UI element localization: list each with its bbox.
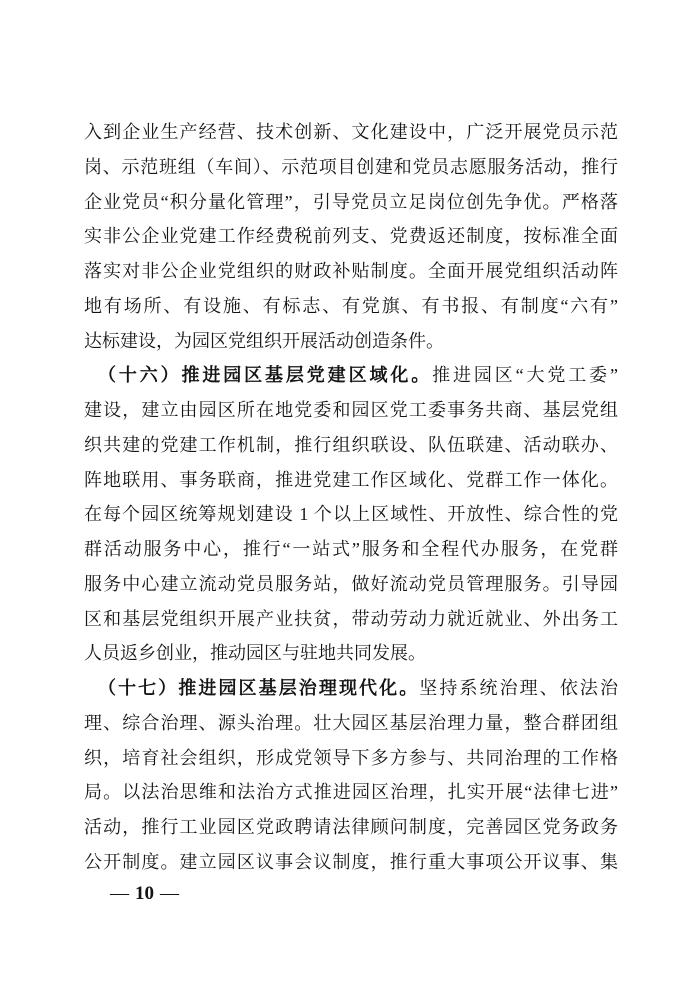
section-16-heading-line: （十六）推进园区基层党建区域化。推进园区“大党工委”	[84, 358, 618, 393]
text-line: 活动，推行工业园区党政聘请法律顾问制度，完善园区党务政务	[84, 810, 618, 845]
text-line: 地有场所、有设施、有标志、有党旗、有书报、有制度“六有”	[84, 289, 618, 324]
document-page: 入到企业生产经营、技术创新、文化建设中，广泛开展党员示范 岗、示范班组（车间）、…	[0, 0, 700, 990]
page-number-value: 10	[135, 883, 154, 904]
text-line: 企业党员“积分量化管理”，引导党员立足岗位创先争优。严格落	[84, 185, 618, 220]
text-segment: 坚持系统治理、依法治	[419, 678, 618, 698]
section-17-heading-line: （十七）推进园区基层治理现代化。坚持系统治理、依法治	[84, 671, 618, 706]
text-line: 实非公企业党建工作经费税前列支、党费返还制度，按标准全面	[84, 219, 618, 254]
document-body: 入到企业生产经营、技术创新、文化建设中，广泛开展党员示范 岗、示范班组（车间）、…	[84, 115, 618, 880]
text-line: 区和基层党组织开展产业扶贫，带动劳动力就近就业、外出务工	[84, 602, 618, 637]
text-segment: 推进园区“大党工委”	[432, 365, 618, 385]
text-line: 阵地联用、事务联商，推进党建工作区域化、党群工作一体化。	[84, 463, 618, 498]
text-line: 入到企业生产经营、技术创新、文化建设中，广泛开展党员示范	[84, 115, 618, 150]
page-number-dash-right: —	[154, 883, 185, 904]
text-line: 织共建的党建工作机制，推行组织联设、队伍联建、活动联办、	[84, 428, 618, 463]
section-16-heading: （十六）推进园区基层党建区域化。	[98, 365, 432, 385]
paragraph-end-line: 人员返乡创业，推动园区与驻地共同发展。	[84, 636, 618, 671]
text-line: 群活动服务中心，推行“一站式”服务和全程代办服务，在党群	[84, 532, 618, 567]
text-line: 织，培育社会组织，形成党领导下多方参与、共同治理的工作格	[84, 741, 618, 776]
text-line: 在每个园区统筹规划建设 1 个以上区域性、开放性、综合性的党	[84, 497, 618, 532]
paragraph-end-line: 达标建设，为园区党组织开展活动创造条件。	[84, 324, 618, 359]
text-line: 公开制度。建立园区议事会议制度，推行重大事项公开议事、集	[84, 845, 618, 880]
text-line: 岗、示范班组（车间）、示范项目创建和党员志愿服务活动，推行	[84, 150, 618, 185]
text-line: 局。以法治思维和法治方式推进园区治理，扎实开展“法律七进”	[84, 775, 618, 810]
text-line: 建设，建立由园区所在地党委和园区党工委事务共商、基层党组	[84, 393, 618, 428]
text-line: 理、综合治理、源头治理。壮大园区基层治理力量，整合群团组	[84, 706, 618, 741]
section-17-heading: （十七）推进园区基层治理现代化。	[98, 678, 419, 698]
page-number: —10—	[104, 882, 185, 906]
text-line: 落实对非公企业党组织的财政补贴制度。全面开展党组织活动阵	[84, 254, 618, 289]
page-number-dash-left: —	[104, 883, 135, 904]
text-line: 服务中心建立流动党员服务站，做好流动党员管理服务。引导园	[84, 567, 618, 602]
